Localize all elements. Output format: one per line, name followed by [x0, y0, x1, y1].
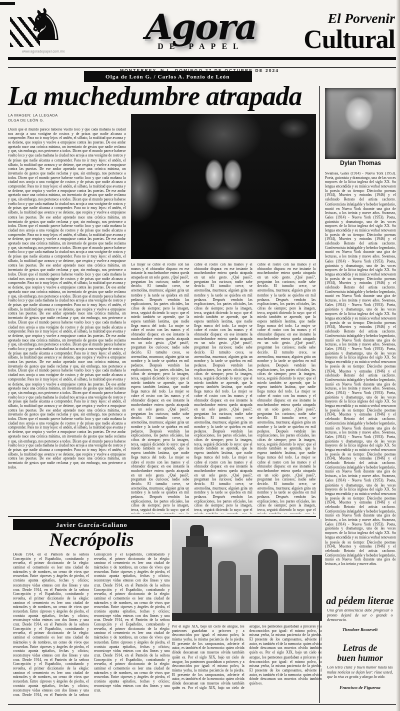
letras-quote-box: Con letra clara y buen humor hasta las m…	[327, 666, 393, 683]
lead-headline: La muchedumbre atrapada	[8, 82, 316, 111]
sidebar-caption: Dylan Thomas	[325, 161, 396, 167]
cemetery-ground-shadow	[172, 613, 322, 621]
lead-byline: Olga de León G. / Carlos A. Ponzio de Le…	[106, 73, 230, 79]
scan-edge-shading	[396, 0, 400, 711]
necropolis-below-text: Por el siglo XIX, bajo un cielo de azogu…	[172, 625, 322, 691]
dylan-thomas-portrait	[325, 88, 396, 159]
brand-block: El Porvenir Cultural	[275, 12, 395, 53]
necropolis-below-photo-columns: Por el siglo XIX, bajo un cielo de azogu…	[172, 625, 322, 703]
cemetery-monument-shape	[312, 555, 322, 621]
sidebar-bio-text: Swansea, Gales (1914) - Nueva York (1953…	[325, 172, 396, 567]
cemetery-monument-shape	[258, 549, 278, 621]
lead-body-text: La mujer se cubre el rostro con las mano…	[131, 263, 316, 514]
dateline-rule	[8, 67, 396, 68]
adpedem-heading: ad pédem literae	[322, 596, 398, 607]
necropolis-columns: Desde 1914, en el Panteón de la señora C…	[13, 553, 170, 704]
masthead-logo: ♞ www.agoradepapel.com.mx	[8, 13, 120, 59]
lead-kicker: LA IMAGEN: LA LLEGADA OLGA DE LEÓN G.	[8, 114, 82, 123]
letras-heading-line1: Letras de	[322, 643, 398, 653]
necropolis-left-text: Desde 1914, en el Panteón de la señora C…	[13, 553, 170, 698]
sidebar-bio-column: Swansea, Gales (1914) - Nueva York (1953…	[325, 172, 396, 590]
necropolis-byline: Javier García-Galiano	[56, 521, 127, 528]
adpedem-quote: Una gran democracia debe progresar o pro…	[327, 609, 393, 623]
lead-column-1: Dicen que el mundo parece haberse vuelto…	[8, 128, 126, 515]
letras-heading-line2: buen humor	[322, 653, 398, 663]
newspaper-page: ♞ www.agoradepapel.com.mx Agora DE PAPEL…	[0, 0, 400, 711]
section-divider-rule	[8, 516, 316, 517]
adpedem-author: Theodore Roosevelt	[333, 628, 388, 632]
lead-body-columns: La mujer se cubre el rostro con las mano…	[131, 263, 316, 514]
adpedem-quote-box: Una gran democracia debe progresar o pro…	[327, 609, 393, 626]
horse-icon: ♞	[26, 4, 65, 48]
cemetery-photo	[172, 519, 322, 621]
letras-quote: Con letra clara y buen humor hasta las m…	[327, 666, 393, 680]
scan-corner-mark	[0, 2, 15, 5]
masthead-title-block: Agora DE PAPEL	[126, 10, 276, 60]
masthead-title: Agora	[126, 10, 276, 46]
letras-author: Francisco de Figueroa	[333, 686, 388, 690]
page-bottom-rule	[8, 704, 396, 705]
cemetery-monument-shape	[218, 561, 236, 621]
brand-section: Cultural	[275, 27, 395, 53]
crowd-woman-photo	[131, 114, 316, 259]
masthead-subtitle: DE PAPEL	[126, 42, 276, 51]
necropolis-byline-bar: Javier García-Galiano	[13, 519, 170, 530]
cemetery-monument-shape	[182, 547, 212, 621]
lead-kicker-line2: OLGA DE LEÓN G.	[8, 119, 82, 124]
necropolis-headline: Necrópolis	[13, 531, 170, 551]
lead-column-1-text: Dicen que el mundo parece haberse vuelto…	[8, 128, 126, 470]
letras-heading: Letras de buen humor	[322, 643, 398, 663]
masthead-url-text: www.agoradepapel.com.mx	[22, 50, 78, 53]
